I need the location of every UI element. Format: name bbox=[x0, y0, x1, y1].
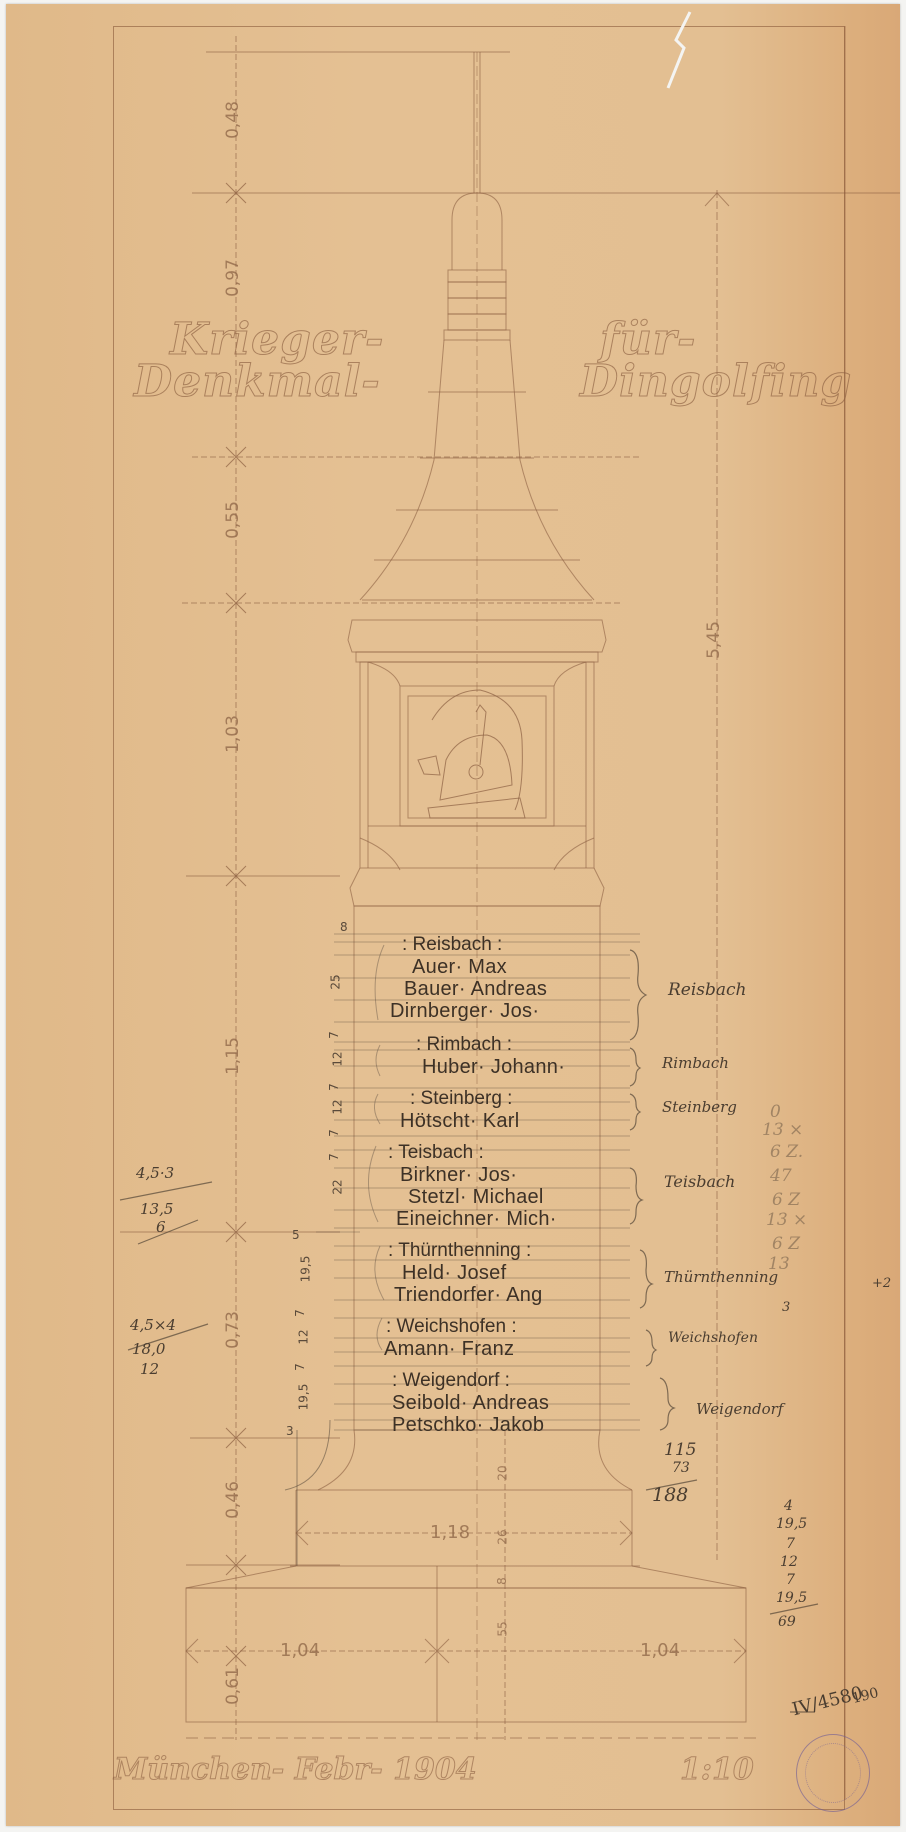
spacing-12c: 12 bbox=[297, 1329, 311, 1344]
spacing-19-5b: 19,5 bbox=[296, 1384, 310, 1411]
name-line: Dirnberger· Jos· bbox=[390, 1000, 539, 1023]
title-right-bottom: Dingolfing bbox=[580, 360, 852, 404]
spacing-7b: 7 bbox=[327, 1083, 341, 1091]
scribble: 13 × bbox=[762, 1120, 803, 1140]
dim-0-97: 0,97 bbox=[223, 259, 243, 297]
dim-20: 20 bbox=[496, 1465, 510, 1480]
dim-0-46: 0,46 bbox=[223, 1481, 243, 1519]
dim-0-48: 0,48 bbox=[223, 101, 243, 139]
name-line: Amann· Franz bbox=[384, 1338, 514, 1361]
name-line: Petschko· Jakob bbox=[392, 1414, 544, 1437]
monument-elevation-drawing bbox=[0, 0, 906, 1832]
title-left-bottom: Denkmal- bbox=[134, 360, 381, 404]
scribble: 13 × bbox=[766, 1210, 807, 1230]
calc-col: 19,5 bbox=[776, 1516, 807, 1532]
place-reisbach: : Reisbach : bbox=[402, 934, 502, 956]
name-line: Eineichner· Mich· bbox=[396, 1208, 557, 1231]
spacing-22: 22 bbox=[331, 1179, 345, 1194]
place-teisbach: : Teisbach : bbox=[388, 1142, 484, 1164]
spacing-7f: 7 bbox=[293, 1363, 307, 1371]
calc-left-bottom-1: 4,5×4 bbox=[130, 1316, 176, 1334]
scribble: 0 bbox=[770, 1102, 781, 1122]
dim-1-04-left: 1,04 bbox=[280, 1640, 320, 1661]
dim-1-15: 1,15 bbox=[223, 1037, 243, 1075]
dim-8: 8 bbox=[495, 1577, 509, 1585]
calc-left-bottom-3: 12 bbox=[140, 1360, 159, 1378]
dim-26: 26 bbox=[496, 1529, 510, 1544]
spacing-12b: 12 bbox=[331, 1099, 345, 1114]
spacing-3: 3 bbox=[286, 1424, 294, 1438]
calc-left-top-1: 4,5·3 bbox=[136, 1164, 174, 1182]
calc-left-top-3: 6 bbox=[156, 1218, 166, 1236]
dim-1-03: 1,03 bbox=[223, 715, 243, 753]
spacing-25: 25 bbox=[329, 974, 343, 989]
spacing-12a: 12 bbox=[331, 1051, 345, 1066]
scale-label: 1:10 bbox=[680, 1752, 754, 1787]
calc-col: 7 bbox=[786, 1536, 795, 1552]
place-date: München- Febr- 1904 bbox=[114, 1752, 477, 1787]
dim-55: 55 bbox=[496, 1621, 510, 1636]
archive-stamp bbox=[796, 1734, 870, 1812]
margin-note-teisbach: Teisbach bbox=[664, 1172, 735, 1191]
spacing-7c: 7 bbox=[327, 1129, 341, 1137]
dim-0-55: 0,55 bbox=[223, 501, 243, 539]
dim-1-04-right: 1,04 bbox=[640, 1640, 680, 1661]
name-line: Birkner· Jos· bbox=[400, 1164, 517, 1187]
dim-0-73: 0,73 bbox=[223, 1311, 243, 1349]
name-line: Huber· Johann· bbox=[422, 1056, 565, 1079]
calc-sum-total: 188 bbox=[652, 1484, 688, 1506]
spacing-5: 5 bbox=[292, 1228, 300, 1242]
spacing-7d: 7 bbox=[327, 1153, 341, 1161]
calc-left-bottom-2: 18,0 bbox=[132, 1340, 165, 1358]
calc-col-total: 69 bbox=[778, 1614, 796, 1630]
place-weichshofen: : Weichshofen : bbox=[386, 1316, 517, 1338]
calc-col: 7 bbox=[786, 1572, 795, 1588]
dim-1-18: 1,18 bbox=[430, 1522, 470, 1543]
name-line: Hötscht· Karl bbox=[400, 1110, 520, 1133]
dim-0-61: 0,61 bbox=[223, 1667, 243, 1705]
margin-note-steinberg: Steinberg bbox=[662, 1098, 737, 1116]
spacing-7a: 7 bbox=[327, 1031, 341, 1039]
margin-note-reisbach: Reisbach bbox=[668, 980, 747, 1000]
margin-note-weichshofen: Weichshofen bbox=[668, 1330, 758, 1346]
calc-col: 19,5 bbox=[776, 1590, 807, 1606]
place-thuernthenning: : Thürnthenning : bbox=[388, 1240, 531, 1262]
scribble: +2 bbox=[872, 1276, 891, 1291]
calc-left-top-2: 13,5 bbox=[140, 1200, 173, 1218]
name-line: Stetzl· Michael bbox=[408, 1186, 544, 1209]
calc-col: 12 bbox=[780, 1554, 798, 1570]
place-steinberg: : Steinberg : bbox=[410, 1088, 512, 1110]
name-line: Seibold· Andreas bbox=[392, 1392, 549, 1415]
scribble: 6 Z bbox=[772, 1190, 800, 1210]
place-weigendorf: : Weigendorf : bbox=[392, 1370, 510, 1392]
spacing-19-5a: 19,5 bbox=[298, 1256, 312, 1283]
spacing-7e: 7 bbox=[293, 1309, 307, 1317]
name-line: Auer· Max bbox=[412, 956, 507, 979]
calc-sum-1: 115 bbox=[664, 1440, 696, 1460]
name-line: Bauer· Andreas bbox=[404, 978, 547, 1001]
margin-note-rimbach: Rimbach bbox=[662, 1054, 729, 1072]
scribble: 47 bbox=[770, 1166, 792, 1186]
spacing-8: 8 bbox=[340, 920, 348, 934]
scribble: 6 Z bbox=[772, 1234, 800, 1254]
dim-5-45: 5,45 bbox=[704, 621, 724, 659]
scribble: 13 bbox=[768, 1254, 790, 1274]
margin-note-thuernthenning: Thürnthenning bbox=[664, 1268, 778, 1286]
place-rimbach: : Rimbach : bbox=[416, 1034, 512, 1056]
scribble: 6 Z. bbox=[770, 1142, 803, 1162]
name-line: Triendorfer· Ang bbox=[394, 1284, 543, 1307]
name-line: Held· Josef bbox=[402, 1262, 506, 1285]
margin-note-weigendorf: Weigendorf bbox=[696, 1400, 783, 1418]
calc-sum-2: 73 bbox=[672, 1460, 690, 1476]
calc-col: 4 bbox=[784, 1498, 793, 1514]
scribble: 3 bbox=[782, 1300, 790, 1315]
